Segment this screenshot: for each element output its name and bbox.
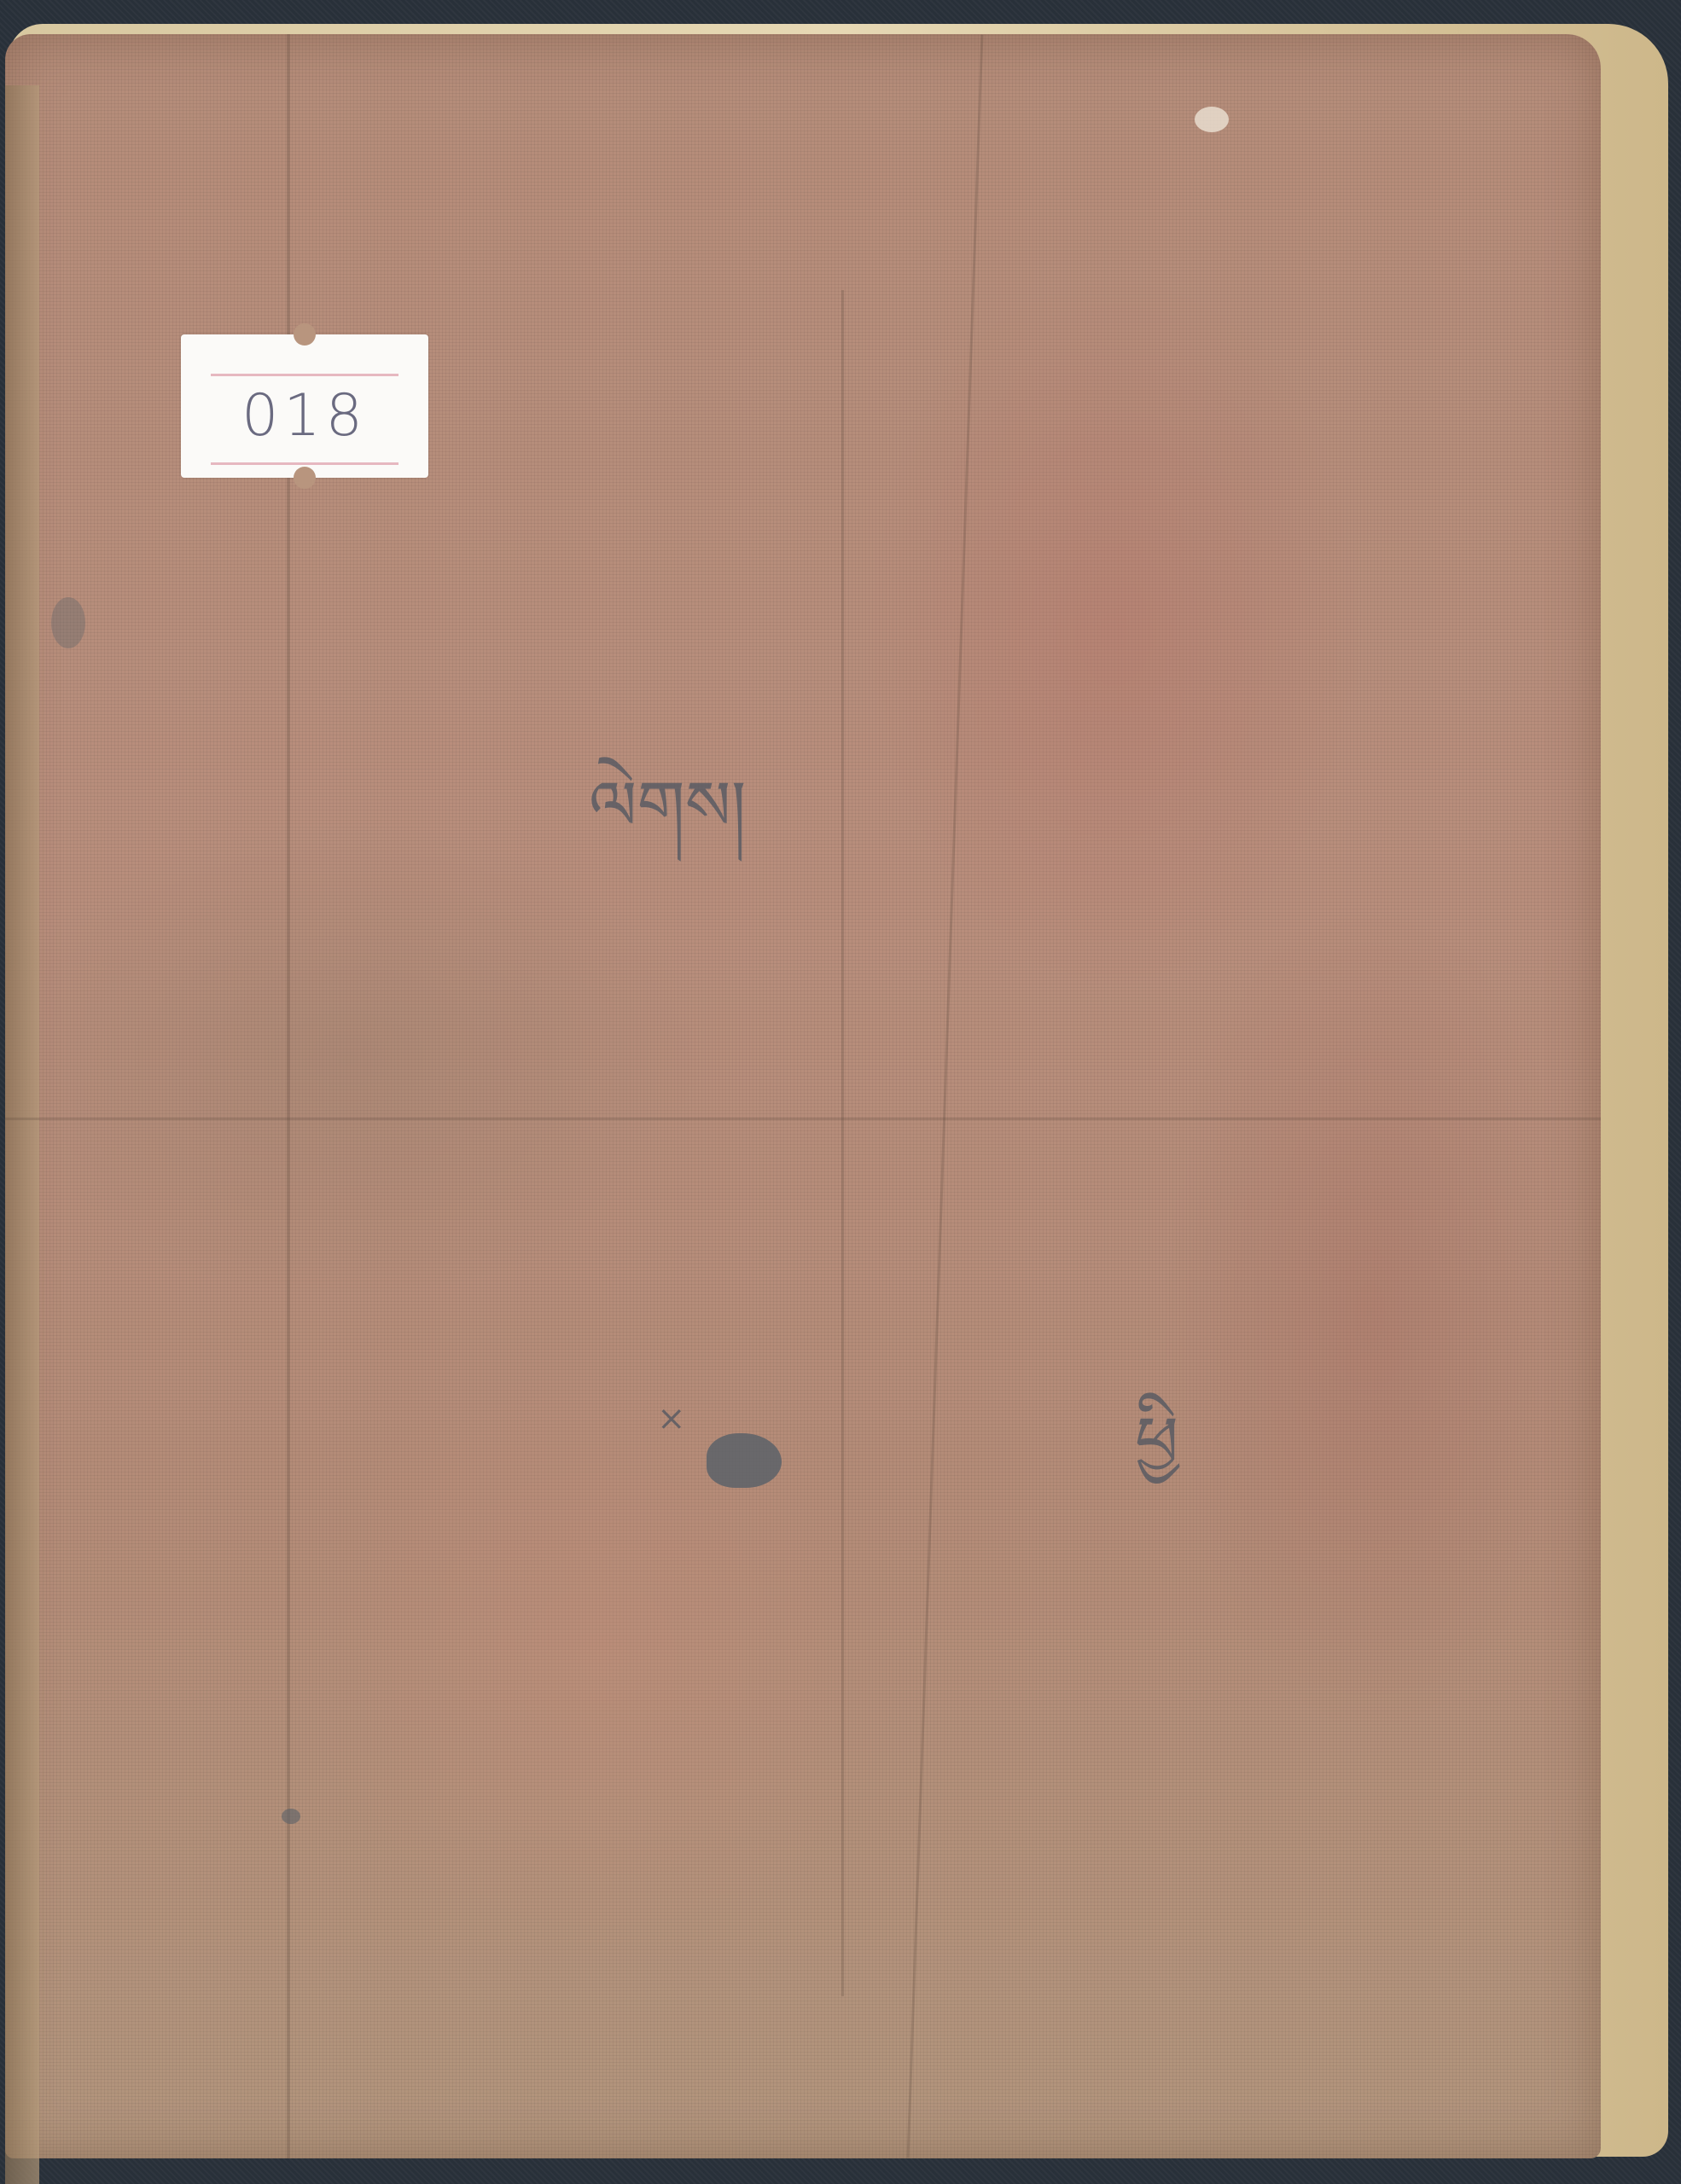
crease — [5, 1118, 1601, 1120]
frayed-spine-edge — [5, 85, 39, 2184]
ink-stain — [707, 1433, 782, 1488]
catalog-label: 018 — [181, 334, 428, 478]
small-ink-mark: × — [657, 1399, 686, 1438]
ink-spot — [282, 1809, 300, 1824]
crease — [907, 35, 984, 2158]
ink-spot — [51, 597, 85, 648]
catalog-number: 018 — [181, 382, 428, 450]
label-rule — [211, 374, 398, 376]
label-notch — [294, 323, 316, 346]
crease — [841, 290, 844, 1996]
wear-spot — [1195, 107, 1229, 132]
handwritten-title: ལེགས། — [589, 729, 747, 921]
label-notch — [294, 467, 316, 489]
handwritten-mark: ཕྱི — [1135, 1365, 1178, 1557]
label-rule — [211, 462, 398, 465]
